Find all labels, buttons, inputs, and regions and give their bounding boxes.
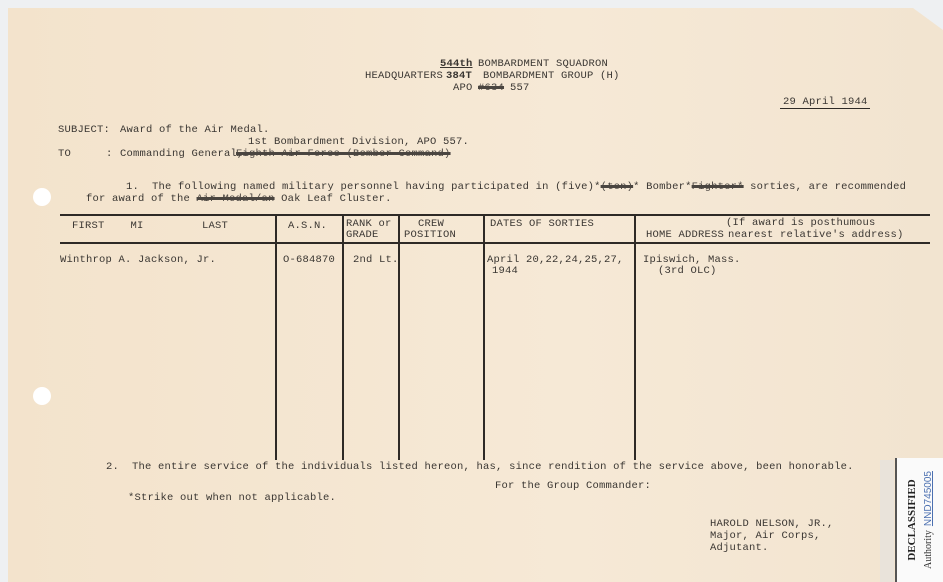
signature-for-line: For the Group Commander: (495, 480, 651, 492)
table-header-rule (60, 242, 930, 244)
stamp-authority-label: Authority (923, 530, 934, 569)
p1-struck-ten: (ten) (601, 181, 634, 193)
header-dates: DATES OF SORTIES (490, 218, 594, 230)
cell-name: Winthrop A. Jackson, Jr. (60, 254, 216, 266)
header-line1: BOMBARDMENT SQUADRON (478, 58, 608, 70)
paragraph-1-line-2: for award of the Air Medal/an Oak Leaf C… (60, 181, 392, 217)
subject-value: Award of the Air Medal. (120, 124, 270, 136)
cell-rank: 2nd Lt. (353, 254, 399, 266)
p1-text-e: Oak Leaf Cluster. (275, 193, 392, 205)
stamp-text: DECLASSIFIED Authority NND745005 (906, 471, 936, 569)
apo-label: APO (453, 82, 473, 94)
col-divider-address (634, 214, 636, 460)
date-underline (780, 108, 870, 109)
col-divider-asn (275, 214, 277, 460)
cell-dates-2: 1944 (492, 265, 518, 277)
table-top-rule (60, 214, 930, 216)
col-divider-rank (342, 214, 344, 460)
to-label: TO (58, 148, 71, 160)
header-rank-2: GRADE (346, 229, 379, 241)
header-address: HOME ADDRESS (646, 229, 724, 241)
header-crew-2: POSITION (404, 229, 456, 241)
p1-struck-fighter: Fighter* (692, 181, 744, 193)
to-value: Commanding General, (120, 148, 244, 160)
squadron-handwritten: 544th (440, 58, 473, 70)
stamp-title: DECLASSIFIED (906, 471, 918, 569)
p1-struck-award: Air Medal/an (197, 193, 275, 205)
footnote: *Strike out when not applicable. (128, 492, 336, 504)
p1-text-d: for award of the (86, 193, 197, 205)
apo-struck: #634 (478, 82, 504, 94)
signature-title: Adjutant. (710, 542, 769, 554)
stamp-authority-value: NND745005 (923, 471, 934, 526)
punch-hole-bottom (33, 387, 51, 405)
to-colon: : (106, 148, 113, 160)
to-inserted-line: 1st Bombardment Division, APO 557. (248, 136, 469, 148)
header-hq: HEADQUARTERS (365, 70, 443, 82)
document-date: 29 April 1944 (783, 96, 868, 108)
header-line2: BOMBARDMENT GROUP (H) (483, 70, 620, 82)
col-divider-dates (483, 214, 485, 460)
cell-asn: O-684870 (283, 254, 335, 266)
cell-address-2: (3rd OLC) (658, 265, 717, 277)
header-address-note-2: nearest relative's address) (728, 229, 904, 241)
signature-rank: Major, Air Corps, (710, 530, 821, 542)
p1-text-b: * Bomber* (633, 181, 692, 193)
col-divider-crew (398, 214, 400, 460)
apo-number: 557 (510, 82, 530, 94)
signature-name: HAROLD NELSON, JR., (710, 518, 834, 530)
subject-label: SUBJECT: (58, 124, 110, 136)
header-name: FIRST MI LAST (72, 220, 228, 232)
paragraph-2: 2. The entire service of the individuals… (106, 461, 854, 473)
document-page: 544th BOMBARDMENT SQUADRON HEADQUARTERS … (8, 8, 943, 582)
p1-text-c: sorties, are recommended (744, 181, 907, 193)
header-address-note-1: (If award is posthumous (726, 217, 876, 229)
stamp-shadow (880, 460, 894, 582)
declassified-stamp: DECLASSIFIED Authority NND745005 (895, 458, 943, 582)
group-handwritten: 384T (446, 70, 472, 82)
header-asn: A.S.N. (288, 220, 327, 232)
to-struck: Eighth Air Force (Bomber Command) (236, 148, 451, 160)
punch-hole-top (33, 188, 51, 206)
